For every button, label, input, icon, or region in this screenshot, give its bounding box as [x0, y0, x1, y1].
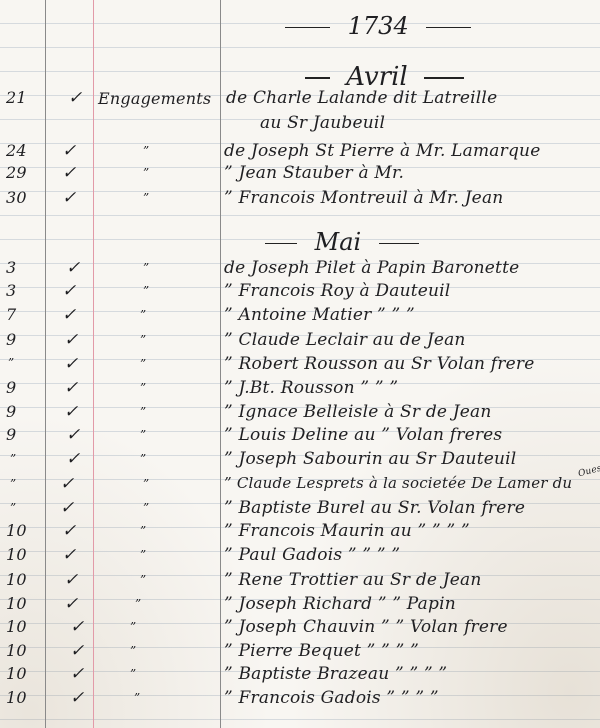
entry-text: ” Claude Lesprets à la societée De Lamer… [224, 474, 572, 492]
ditto-mark: ” [143, 477, 149, 491]
entry-day: 10 [6, 521, 27, 540]
entry-day: 10 [6, 664, 27, 683]
entry-text: ” Antoine Matier ” ” ” [224, 305, 415, 325]
entry-day: 3 [6, 281, 16, 300]
ditto-mark: ” [143, 191, 149, 205]
check-mark: ✓ [62, 281, 76, 301]
entry-text: ” Joseph Richard ” ” Papin [224, 594, 456, 614]
entry-day: 10 [6, 641, 27, 660]
entry-text: ” Francois Maurin au ” ” ” ” [224, 521, 470, 541]
entry-superscript-note: Ouest [577, 463, 600, 480]
entry-text: ” Baptiste Brazeau ” ” ” ” [224, 664, 447, 684]
check-mark: ✓ [64, 402, 78, 422]
entry-text: ” Pierre Bequet ” ” ” ” [224, 641, 419, 661]
entry-day: 21 [6, 88, 27, 107]
check-mark: ✓ [70, 641, 84, 661]
ditto-mark: ” [130, 620, 136, 634]
check-mark: ✓ [70, 664, 84, 684]
entry-day: 9 [6, 425, 16, 444]
entry-text: de Charle Lalande dit Latreille [226, 88, 497, 108]
entry-day: ” [10, 501, 16, 515]
ditto-mark: ” [143, 166, 149, 180]
heading-dash [379, 243, 419, 245]
entry-text: ” Ignace Belleisle à Sr de Jean [224, 402, 492, 422]
check-mark: ✓ [64, 570, 78, 590]
entry-day: 9 [6, 402, 16, 421]
margin-rule [93, 0, 94, 728]
entry-text: ” Francois Gadois ” ” ” ” [224, 688, 439, 708]
heading-dash [285, 27, 330, 29]
ditto-mark: ” [140, 524, 146, 538]
check-mark: ✓ [66, 258, 80, 278]
check-mark: ✓ [64, 330, 78, 350]
type-column-rule [220, 0, 221, 728]
entry-type: Engagements [98, 89, 211, 108]
entry-text: ” Joseph Sabourin au Sr Dauteuil [224, 449, 516, 469]
ditto-mark: ” [130, 644, 136, 658]
entry-day: ” [10, 477, 16, 491]
ditto-mark: ” [130, 667, 136, 681]
entry-text: ” Rene Trottier au Sr de Jean [224, 570, 482, 590]
year-heading: 1734 [285, 12, 471, 40]
heading-dash [424, 77, 464, 79]
entry-text: ” Robert Rousson au Sr Volan frere [224, 354, 534, 374]
ditto-mark: ” [135, 597, 141, 611]
entry-day: 3 [6, 258, 16, 277]
check-mark: ✓ [62, 545, 76, 565]
entry-text: ” Paul Gadois ” ” ” ” [224, 545, 400, 565]
check-mark: ✓ [62, 188, 76, 208]
check-mark: ✓ [68, 88, 82, 108]
ditto-mark: ” [140, 452, 146, 466]
ditto-mark: ” [140, 308, 146, 322]
entry-day: 10 [6, 617, 27, 636]
check-mark: ✓ [70, 617, 84, 637]
ditto-mark: ” [143, 261, 149, 275]
entry-day: 29 [6, 163, 27, 182]
ditto-mark: ” [134, 691, 140, 705]
heading-dash [426, 27, 471, 29]
ditto-mark: ” [143, 144, 149, 158]
entry-text: ” Francois Roy à Dauteuil [224, 281, 450, 301]
check-mark: ✓ [62, 521, 76, 541]
check-mark: ✓ [62, 305, 76, 325]
check-mark: ✓ [64, 378, 78, 398]
ditto-mark: ” [140, 333, 146, 347]
entry-text: ” Jean Stauber à Mr. [224, 163, 404, 183]
heading-dash [265, 243, 297, 245]
check-mark: ✓ [70, 688, 84, 708]
ditto-mark: ” [143, 501, 149, 515]
ditto-mark: ” [140, 357, 146, 371]
entry-text: ” J.Bt. Rousson ” ” ” [224, 378, 398, 398]
month-text: Mai [315, 228, 362, 256]
entry-day: ” [8, 356, 14, 370]
ditto-mark: ” [140, 573, 146, 587]
year-text: 1734 [348, 12, 409, 40]
ditto-mark: ” [140, 381, 146, 395]
entry-text: de Joseph Pilet à Papin Baronette [224, 258, 519, 278]
entry-day: 10 [6, 688, 27, 707]
heading-dash [305, 77, 330, 79]
ditto-mark: ” [143, 284, 149, 298]
check-mark: ✓ [62, 163, 76, 183]
ditto-mark: ” [140, 548, 146, 562]
month-heading-mai: Mai [265, 228, 419, 256]
entry-text: ” Joseph Chauvin ” ” Volan frere [224, 617, 508, 637]
check-mark: ✓ [66, 449, 80, 469]
entry-text: ” Claude Leclair au de Jean [224, 330, 466, 350]
entry-day: 10 [6, 545, 27, 564]
entry-text: ” Louis Deline au ” Volan freres [224, 425, 502, 445]
entry-text: ” Francois Montreuil à Mr. Jean [224, 188, 503, 208]
check-mark: ✓ [60, 474, 74, 494]
day-column-rule [45, 0, 46, 728]
check-mark: ✓ [66, 425, 80, 445]
entry-day: 24 [6, 141, 27, 160]
ledger-page: 1734 Avril 21 ✓ Engagements de Charle La… [0, 0, 600, 728]
check-mark: ✓ [64, 594, 78, 614]
entry-text: de Joseph St Pierre à Mr. Lamarque [224, 141, 540, 161]
entry-day: 9 [6, 378, 16, 397]
check-mark: ✓ [64, 354, 78, 374]
ditto-mark: ” [140, 428, 146, 442]
ditto-mark: ” [140, 405, 146, 419]
entry-day: 10 [6, 594, 27, 613]
entry-day: ” [10, 452, 16, 466]
entry-text-continued: au Sr Jaubeuil [260, 113, 385, 133]
entry-day: 7 [6, 305, 16, 324]
entry-day: 30 [6, 188, 27, 207]
check-mark: ✓ [60, 498, 74, 518]
entry-day: 10 [6, 570, 27, 589]
entry-day: 9 [6, 330, 16, 349]
check-mark: ✓ [62, 141, 76, 161]
entry-text: ” Baptiste Burel au Sr. Volan frere [224, 498, 525, 518]
